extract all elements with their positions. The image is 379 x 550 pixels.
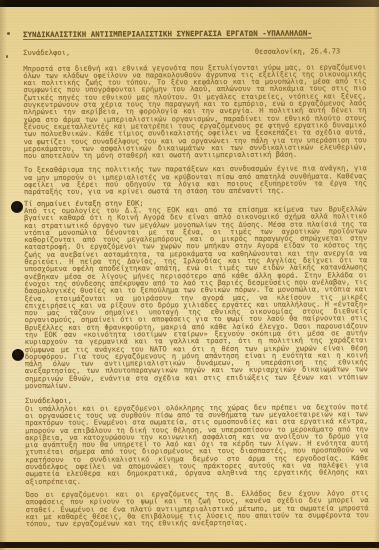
punch-hole-mark <box>12 349 24 361</box>
salutation-date-row: Συνάδελφοι, Θεσσαλονίκη, 26.4.73 <box>23 48 366 57</box>
punch-hole-mark <box>11 201 23 213</box>
body-paragraph-5: Όσο οι εργαζόμενοι και οι εργαζόμενες τη… <box>25 489 368 527</box>
body-paragraph-2: Το ξεκαθάρισμα της πολιτικής των παρατάξ… <box>24 165 367 196</box>
ink-speck <box>7 32 10 35</box>
scan-edge-top <box>0 0 379 7</box>
body-paragraph-3: Από τις ομολογίες του Δ.Σ. της ΕΟΚ και α… <box>24 205 368 389</box>
body-paragraph-1: Μπροστά στα διεθνή και εθνικά γεγονότα π… <box>23 63 366 160</box>
letter-body: ΣΥΝΔΙΚΑΛΙΣΤΙΚΗ ΑΝΤΙΙΜΠΕΡΙΑΛΙΣΤΙΚΗ ΣΥΝΕΡΓ… <box>23 29 369 527</box>
salutation: Συνάδελφοι, <box>23 49 70 57</box>
date-line: Θεσσαλονίκη, 26.4.73 <box>255 48 366 56</box>
ink-speck <box>6 55 8 58</box>
letterhead-title: ΣΥΝΔΙΚΑΛΙΣΤΙΚΗ ΑΝΤΙΙΜΠΕΡΙΑΛΙΣΤΙΚΗ ΣΥΝΕΡΓ… <box>23 29 312 40</box>
body-paragraph-4: Οι υπάλληλοι και οι εργαζόμενοι ολόκληρη… <box>25 403 368 485</box>
scanned-document-page: ΣΥΝΔΙΚΑΛΙΣΤΙΚΗ ΑΝΤΙΙΜΠΕΡΙΑΛΙΣΤΙΚΗ ΣΥΝΕΡΓ… <box>0 0 379 550</box>
